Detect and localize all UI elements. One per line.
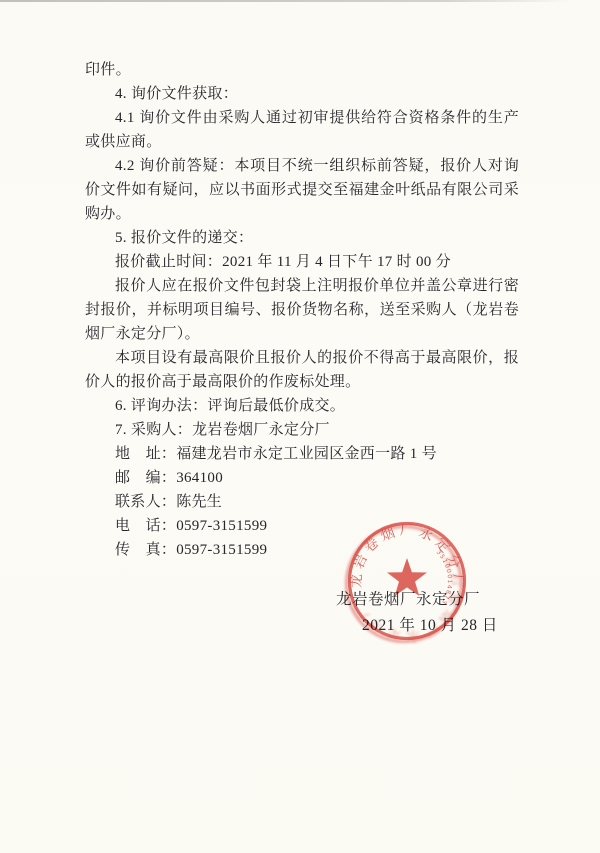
scanned-document-page: 印件。 4. 询价文件获取： 4.1 询价文件由采购人通过初审提供给符合资格条件… (0, 0, 600, 853)
paragraph-contact-person: 联系人：陈先生 (85, 490, 519, 514)
scan-edge-line (0, 0, 590, 2)
paragraph-phone: 电 话：0597-3151599 (85, 514, 519, 538)
paragraph-deadline: 报价截止时间：2021 年 11 月 4 日下午 17 时 00 分 (85, 250, 519, 274)
paragraph-section-5: 5. 报价文件的递交： (85, 226, 519, 250)
paragraph-section-4-2: 4.2 询价前答疑：本项目不统一组织标前答疑，报价人对询价文件如有疑问，应以书面… (85, 154, 519, 226)
paragraph-fax: 传 真：0597-3151599 (85, 538, 519, 562)
signature-date: 2021 年 10 月 28 日 (362, 613, 498, 635)
signature-org: 龙岩卷烟厂永定分厂 (336, 587, 480, 609)
paragraph-postcode: 邮 编：364100 (85, 466, 519, 490)
paragraph-price-limit: 本项目设有最高限价且报价人的报价不得高于最高限价，报价人的报价高于最高限价的作废… (85, 346, 519, 394)
paragraph-section-7-buyer: 7. 采购人：龙岩卷烟厂永定分厂 (85, 418, 519, 442)
paragraph-section-6: 6. 评询办法：评询后最低价成交。 (85, 394, 519, 418)
paragraph-section-4-1: 4.1 询价文件由采购人通过初审提供给符合资格条件的生产或供应商。 (85, 106, 519, 154)
paragraph-section-4: 4. 询价文件获取： (85, 82, 519, 106)
paragraph-address: 地 址：福建龙岩市永定工业园区金西一路 1 号 (85, 442, 519, 466)
document-body: 印件。 4. 询价文件获取： 4.1 询价文件由采购人通过初审提供给符合资格条件… (85, 58, 519, 562)
paragraph-submission: 报价人应在报价文件包封袋上注明报价单位并盖公章进行密封报价，并标明项目编号、报价… (85, 274, 519, 346)
paragraph-continuation: 印件。 (85, 58, 519, 82)
